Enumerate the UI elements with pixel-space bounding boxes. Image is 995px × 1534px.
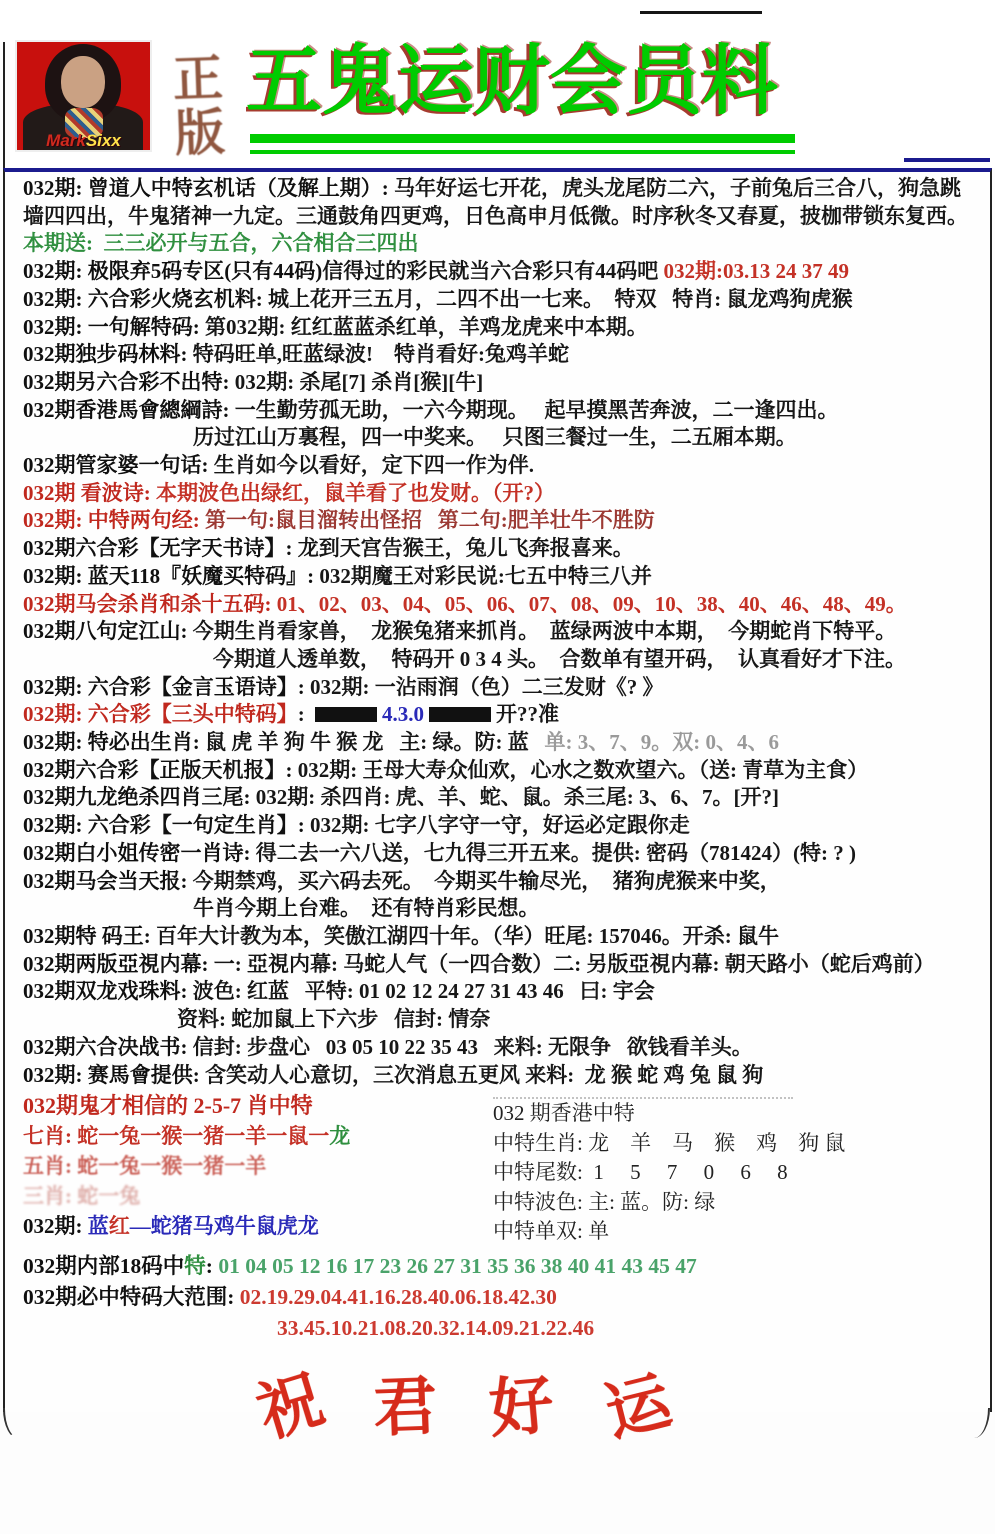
text-line: 今期道人透单数， 特码开 0 3 4 头。 合数单有望开码， 认真看好才下注。 [5,646,990,674]
text-segment: 032期: 赛馬會提供: [23,1063,205,1087]
text-segment: : [206,1254,219,1278]
blessing-char: 好 [485,1353,557,1450]
must-hit-range-2: 33.45.10.21.08.20.32.14.09.21.22.46 [5,1313,990,1344]
text-segment: 032期白小姐传密一肖诗: [23,841,256,865]
text-segment: 032期: 杀四肖: 虎、羊、蛇、鼠。杀三尾: 3、6、7。[开?] [256,785,779,809]
right-block-lines: 032 期香港中特中特生肖: 龙 羊 马 猴 鸡 狗 鼠中特尾数: 1 5 7 … [453,1099,990,1247]
black-bars [429,707,491,722]
text-segment: 今期道人透单数， 特码开 0 3 4 头。 合数单有望开码， 认真看好才下注。 [213,647,906,671]
top-rule [640,11,762,14]
text-line: 本期送: 三三必开与五合，六合相合三四出 [5,230,990,258]
text-segment: 墙四四出，牛鬼猪神一九定。三通鼓角四更鸡，日色高申月低微。时序秋冬又春夏，披枷带… [23,204,968,228]
title-underline-thin [250,150,795,154]
text-segment: 4.3.0 [382,702,424,726]
presenter-photo: MarkSixx [15,40,152,152]
text-line: 032期香港馬會總綱詩: 一生勤劳孤无助，一六今期现。 起早摸黑苦奔波，二一逢四… [5,397,990,425]
text-segment: 032期六合彩【正版天机报】: [23,758,298,782]
left-column: 032期鬼才相信的 2-5-7 肖中特七肖: 蛇一兔一猴一猪一羊一鼠一龙五肖: … [5,1091,453,1247]
black-bars [315,707,377,722]
zhongte-weishu: 中特尾数: 1 5 7 0 6 8 [453,1158,990,1188]
right-column: 032 期香港中特中特生肖: 龙 羊 马 猴 鸡 狗 鼠中特尾数: 1 5 7 … [453,1091,990,1247]
text-line: 032期独步码林料: 特码旺单,旺蓝绿波! 特肖看好:兔鸡羊蛇 [5,341,990,369]
navy-accent-segment [904,158,990,162]
hk-zhongte-title: 032 期香港中特 [453,1099,990,1129]
text-segment: 信得过的彩民就当六合彩只有44码吧 [322,259,663,283]
text-segment: 特码旺单,旺蓝绿波! 特肖看好:兔鸡羊蛇 [193,342,569,366]
page: MarkSixx 正版 五鬼运财会员料 032期: 曾道人中特玄机话（及解上期）… [0,0,995,1534]
text-segment: 城上花开三五月，二四不出一七来。 特双 特肖: 鼠龙鸡狗虎猴 [268,287,853,311]
text-segment: 032期马会当天报: [23,869,193,893]
blessing-char: 运 [595,1349,679,1454]
text-segment: 032期: 杀尾[7] 杀肖[猴][牛] [235,370,483,394]
text-segment: 信封: 步盘心 03 05 10 22 35 43 来料: 无限争 欲钱看羊头。 [193,1035,753,1059]
text-segment: 01 04 05 12 16 17 23 26 27 31 35 36 38 4… [218,1254,696,1278]
main-lines: 032期: 曾道人中特玄机话（及解上期）: 马年好运七开花，虎头龙尾防二六，子前… [5,172,990,1089]
text-segment: 032 期香港中特 [493,1101,635,1125]
text-segment: 032期: 六合彩【一句定生肖】: [23,813,310,837]
text-line: 032期马会杀肖和杀十五码: 01、02、03、04、05、06、07、08、0… [5,591,990,619]
text-segment: 032期: [23,1214,88,1238]
text-segment: 红 [109,1214,130,1238]
text-segment: 032期: 曾道人中特玄机话（及解上期）: [23,176,394,200]
seven-xiao-line: 七肖: 蛇一兔一猴一猪一羊一鼠一龙 [5,1121,453,1151]
text-segment: 百年大计教为本，笑傲江湖四十年。（华）旺尾: 157046。开杀: 鼠牛 [156,924,779,948]
text-segment: 032期: 极限弃5码专区(只有44码) [23,259,322,283]
must-hit-range-1: 032期必中特码大范围: 02.19.29.04.41.16.28.40.06.… [5,1282,990,1313]
text-segment: 032期双龙戏珠料: [23,979,193,1003]
text-line: 032期: 六合彩【一句定生肖】: 032期: 七字八字守一守，好运必定跟你走 [5,812,990,840]
text-line: 032期: 赛馬會提供: 含笑动人心意切，三次消息五更风 来料: 龙 猴 蛇 鸡… [5,1062,990,1090]
text-segment: 中特单双: 单 [493,1219,609,1243]
text-segment: 蓝 [88,1214,109,1238]
text-segment: 含笑动人心意切，三次消息五更风 来料: 龙 猴 蛇 鸡 兔 鼠 狗 [205,1063,763,1087]
content-box: 032期: 曾道人中特玄机话（及解上期）: 马年好运七开花，虎头龙尾防二六，子前… [3,168,992,1412]
marksix-logo-six: Sixx [86,131,121,150]
left-border-segment [3,42,5,168]
text-line: 墙四四出，牛鬼猪神一九定。三通鼓角四更鸡，日色高申月低微。时序秋冬又春夏，披枷带… [5,203,990,231]
text-segment: 单: 3、7、9。双: 0、4、6 [529,730,779,754]
text-line: 032期: 特必出生肖: 鼠 虎 羊 狗 牛 猴 龙 主: 绿。防: 蓝 单: … [5,729,990,757]
zhengban-stamp: 正版 [164,51,226,169]
text-line: 032期 看波诗: 本期波色出绿红，鼠羊看了也发财。（开?） [5,480,990,508]
text-segment: 波色: 红蓝 平特: 01 02 12 24 27 31 43 46 曰: 宇会 [193,979,655,1003]
text-segment: 本期送: 三三必开与五合，六合相合三四出 [23,231,419,255]
text-line: 032期: 六合彩火烧玄机料: 城上花开三五月，二四不出一七来。 特双 特肖: … [5,286,990,314]
text-line: 032期六合决战书: 信封: 步盘心 03 05 10 22 35 43 来料:… [5,1034,990,1062]
text-segment: 今期生肖看家兽， 龙猴兔猪来抓肖。 蓝绿两波中本期， 今期蛇肖下特平。 [193,619,897,643]
text-line: 032期另六合彩不出特: 032期: 杀尾[7] 杀肖[猴][牛] [5,369,990,397]
text-segment: 032期两版亞視内幕: [23,952,214,976]
text-segment: 今期禁鸡，买六码去死。 今期买牛输尽光， 猪狗虎猴来中奖， [193,869,781,893]
text-segment: 02.19.29.04.41.16.28.40.06.18.42.30 [240,1285,557,1309]
text-segment: 032期六合彩【无字天书诗】: [23,536,298,560]
text-line: 032期六合彩【正版天机报】: 032期: 王母大寿众仙欢，心水之数欢望六。（送… [5,757,990,785]
text-segment: 龙到天宫告猴王，兔儿飞奔报喜来。 [298,536,634,560]
text-segment: 032期管家婆一句话: [23,453,214,477]
text-segment: 032期六合决战书: [23,1035,193,1059]
text-segment: 开??准 [496,702,559,726]
text-segment: 032期: 六合彩火烧玄机料: [23,287,268,311]
text-line: 032期马会当天报: 今期禁鸡，买六码去死。 今期买牛输尽光， 猪狗虎猴来中奖， [5,868,990,896]
page-title: 五鬼运财会员料 [246,34,798,134]
text-segment: 032期另六合彩不出特: [23,370,235,394]
text-segment: 032期九龙绝杀四肖三尾: [23,785,256,809]
text-segment: 三肖: 蛇一兔 [23,1184,140,1208]
photo-face [61,56,105,108]
text-line: 032期八句定江山: 今期生肖看家兽， 龙猴兔猪来抓肖。 蓝绿两波中本期， 今期… [5,618,990,646]
text-line: 032期: 一句解特码: 第032期: 红红蓝蓝杀红单，羊鸡龙虎来中本期。 [5,314,990,342]
text-segment: 鼠 虎 羊 狗 牛 猴 龙 主: 绿。防: 蓝 [205,730,529,754]
text-segment: 032期:03.13 24 37 49 [663,259,849,283]
bottom-lines: 032期内部18码中特: 01 04 05 12 16 17 23 26 27 … [5,1251,990,1344]
text-line: 032期两版亞視内幕: 一: 亞視内幕: 马蛇人气（一四合数）二: 另版亞視内幕… [5,951,990,979]
text-segment: 032期鬼才相信的 2-5-7 肖中特 [23,1093,313,1118]
text-segment: 032期特 码王: [23,924,156,948]
text-line: 032期六合彩【无字天书诗】: 龙到天宫告猴王，兔儿飞奔报喜来。 [5,535,990,563]
text-segment: 中特波色: 主: 蓝。防: 绿 [493,1190,715,1214]
blessing-char: 祝 [245,1348,333,1455]
text-segment: 生肖如今以看好，定下四一作为伴. [214,453,534,477]
text-line: 牛肖今期上台难。 还有特肖彩民想。 [5,895,990,923]
zhongte-danshuang: 中特单双: 单 [453,1217,990,1247]
text-segment: 马年好运七开花，虎头龙尾防二六，子前兔后三合八，狗急跳 [394,176,961,200]
text-segment: 历过江山万裏程，四一中奖来。 只图三餐过一生，二五厢本期。 [193,425,797,449]
text-segment: 第032期: 红红蓝蓝杀红单，羊鸡龙虎来中本期。 [205,315,648,339]
text-segment: 中特尾数: 1 5 7 0 6 8 [493,1160,788,1184]
text-line: 032期: 曾道人中特玄机话（及解上期）: 马年好运七开花，虎头龙尾防二六，子前… [5,175,990,203]
text-segment: 032期 看波诗: [23,481,156,505]
text-line: 032期: 六合彩【金言玉语诗】: 032期: 一沾雨润（色）二三发财《? 》 [5,674,990,702]
wave-color-line: 032期: 蓝红—蛇猪马鸡牛鼠虎龙 [5,1211,453,1241]
text-segment: 特 [184,1254,206,1278]
text-segment: 032期: 七字八字守一守，好运必定跟你走 [310,813,690,837]
text-segment: 得二去一六八送，七九得三开五来。提供: 密码（781424）(特: ? ) [256,841,856,865]
text-segment: 032期: 蓝天118『妖魔买特码』: [23,564,319,588]
text-line: 032期特 码王: 百年大计教为本，笑傲江湖四十年。（华）旺尾: 157046。… [5,923,990,951]
five-xiao-line: 五肖: 蛇一兔一猴一猪一羊 [5,1151,453,1181]
blessing-char: 君 [371,1355,438,1449]
text-segment: 一生勤劳孤无助，一六今期现。 起早摸黑苦奔波，二一逢四出。 [235,398,839,422]
text-segment: 032期: 一句解特码: [23,315,205,339]
text-segment: 一: 亞視内幕: 马蛇人气（一四合数）二: 另版亞視内幕: 朝天路小（蛇后鸡前） [214,952,935,976]
text-line: 032期: 中特两句经: 第一句:鼠目溜转出怪招 第二句:肥羊壮牛不胜防 [5,507,990,535]
text-segment: 032期必中特码大范围: [23,1285,240,1309]
text-segment: 032期马会杀肖和杀十五码: [23,592,277,616]
text-segment: 中特生肖: 龙 羊 马 猴 鸡 狗 鼠 [493,1131,845,1155]
text-segment: 032期独步码林料: [23,342,193,366]
zhongte-bose: 中特波色: 主: 蓝。防: 绿 [453,1188,990,1218]
text-line: 032期管家婆一句话: 生肖如今以看好，定下四一作为伴. [5,452,990,480]
inner-18-codes: 032期内部18码中特: 01 04 05 12 16 17 23 26 27 … [5,1251,990,1282]
text-line: 032期白小姐传密一肖诗: 得二去一六八送，七九得三开五来。提供: 密码（781… [5,840,990,868]
text-segment: 五肖: 蛇一兔一猴一猪一羊 [23,1154,266,1178]
text-segment: 龙 [329,1124,350,1148]
text-segment: 032期魔王对彩民说:七五中特三八并 [319,564,652,588]
columns-section: 032期鬼才相信的 2-5-7 肖中特七肖: 蛇一兔一猴一猪一羊一鼠一龙五肖: … [5,1091,990,1247]
text-segment: 33.45.10.21.08.20.32.14.09.21.22.46 [277,1316,594,1340]
text-line: 资料: 蛇加鼠上下六步 信封: 情奈 [5,1006,990,1034]
text-segment: 032期: 六合彩【金言玉语诗】: [23,675,310,699]
text-line: 032期九龙绝杀四肖三尾: 032期: 杀四肖: 虎、羊、蛇、鼠。杀三尾: 3、… [5,784,990,812]
text-line: 032期双龙戏珠料: 波色: 红蓝 平特: 01 02 12 24 27 31 … [5,978,990,1006]
text-segment: 032期: 中特两句经: [23,508,205,532]
text-segment: —蛇猪马鸡牛鼠虎龙 [130,1214,319,1238]
marksix-logo-mark: Mark [46,131,86,150]
text-segment: 七肖: 蛇一兔一猴一猪一羊一鼠一 [23,1124,329,1148]
three-xiao-line: 三肖: 蛇一兔 [5,1181,453,1211]
text-segment: 032期八句定江山: [23,619,193,643]
text-segment: 01、02、03、04、05、06、07、08、09、10、38、40、46、4… [277,592,907,616]
text-segment: 032期香港馬會總綱詩: [23,398,235,422]
text-segment: 第一句:鼠目溜转出怪招 第二句:肥羊壮牛不胜防 [205,508,655,532]
title-underline-thick [250,134,795,143]
marksix-logo: MarkSixx [17,132,150,150]
text-segment: 032期内部18码中 [23,1254,184,1278]
text-segment: 032期: 一沾雨润（色）二三发财《? 》 [310,675,664,699]
zhongte-shengxiao: 中特生肖: 龙 羊 马 猴 鸡 狗 鼠 [453,1129,990,1159]
left-block-title: 032期鬼才相信的 2-5-7 肖中特 [5,1091,453,1121]
text-segment: 本期波色出绿红，鼠羊看了也发财。（开?） [156,481,555,505]
text-segment: 032期: 六合彩【三头中特码】 [23,702,298,726]
text-line: 032期: 极限弃5码专区(只有44码)信得过的彩民就当六合彩只有44码吧 03… [5,258,990,286]
text-segment: : [298,702,310,726]
header: MarkSixx 正版 五鬼运财会员料 [0,0,995,168]
text-segment: 032期: 特必出生肖: [23,730,205,754]
text-segment: 032期: 王母大寿众仙欢，心水之数欢望六。（送: 青草为主食） [298,758,868,782]
text-segment: 资料: 蛇加鼠上下六步 信封: 情奈 [177,1007,490,1031]
text-line: 032期: 蓝天118『妖魔买特码』: 032期魔王对彩民说:七五中特三八并 [5,563,990,591]
text-line: 历过江山万裏程，四一中奖来。 只图三餐过一生，二五厢本期。 [5,424,990,452]
text-segment: 牛肖今期上台难。 还有特肖彩民想。 [193,896,540,920]
blessing: 祝君好运 [5,1356,990,1448]
text-line: 032期: 六合彩【三头中特码】: 4.3.0开??准 [5,701,990,729]
